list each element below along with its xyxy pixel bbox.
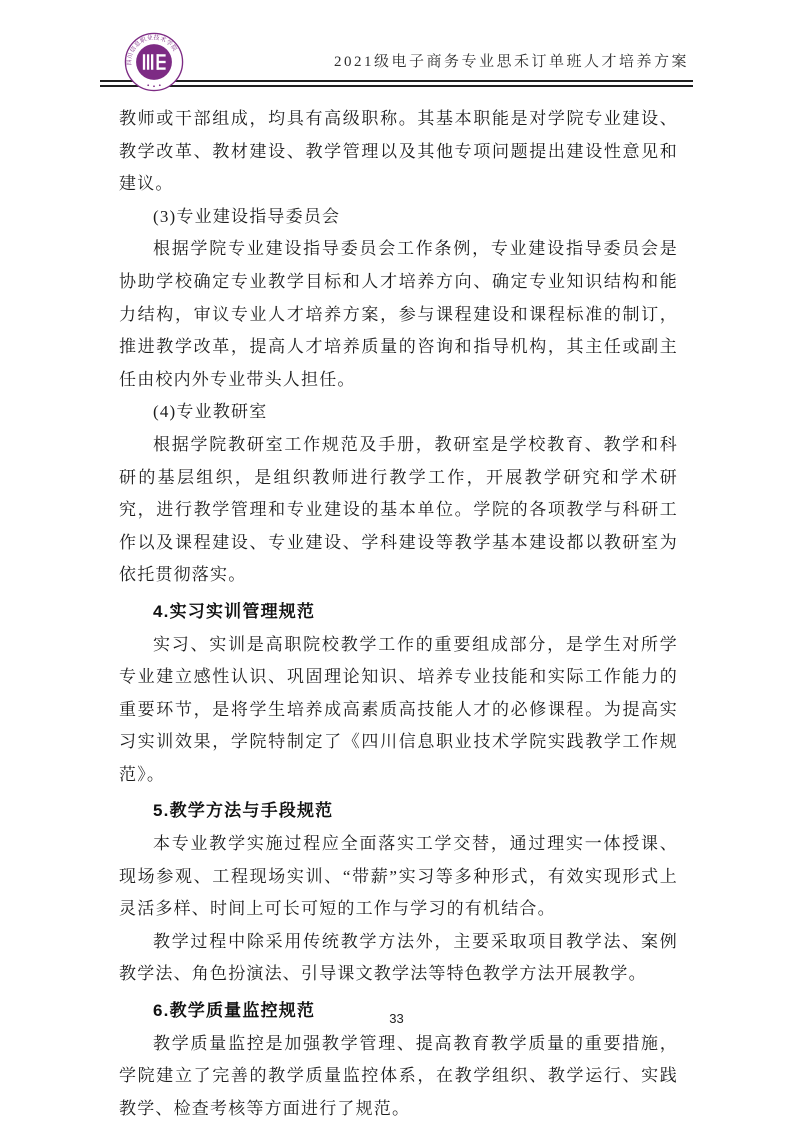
document-page: 四川信息职业技术学院 2021级电子商务专业思禾订单班人才培养方案 教师或干部组… bbox=[0, 0, 793, 1122]
paragraph: (3)专业建设指导委员会 bbox=[119, 201, 678, 234]
paragraph: 根据学院教研室工作规范及手册，教研室是学校教育、教学和科研的基层组织，是组织教师… bbox=[119, 429, 678, 592]
paragraph: 教学质量监控是加强教学管理、提高教育教学质量的重要措施，学院建立了完善的教学质量… bbox=[119, 1028, 678, 1122]
header-rule bbox=[100, 80, 693, 87]
paragraph: 实习、实训是高职院校教学工作的重要组成部分，是学生对所学专业建立感性认识、巩固理… bbox=[119, 629, 678, 792]
header-title: 2021级电子商务专业思禾订单班人才培养方案 bbox=[334, 50, 689, 71]
page-number: 33 bbox=[0, 1011, 793, 1026]
paragraph: 教师或干部组成，均具有高级职称。其基本职能是对学院专业建设、教学改革、教材建设、… bbox=[119, 103, 678, 201]
paragraph: 根据学院专业建设指导委员会工作条例，专业建设指导委员会是协助学校确定专业教学目标… bbox=[119, 233, 678, 396]
section-heading: 5.教学方法与手段规范 bbox=[119, 795, 678, 828]
paragraph: 教学过程中除采用传统教学方法外，主要采取项目教学法、案例教学法、角色扮演法、引导… bbox=[119, 926, 678, 991]
section-heading: 4.实习实训管理规范 bbox=[119, 596, 678, 629]
paragraph: (4)专业教研室 bbox=[119, 396, 678, 429]
paragraph: 本专业教学实施过程应全面落实工学交替，通过理实一体授课、现场参观、工程现场实训、… bbox=[119, 828, 678, 926]
school-logo-icon: 四川信息职业技术学院 bbox=[123, 31, 185, 93]
document-body: 教师或干部组成，均具有高级职称。其基本职能是对学院专业建设、教学改革、教材建设、… bbox=[119, 103, 678, 1122]
